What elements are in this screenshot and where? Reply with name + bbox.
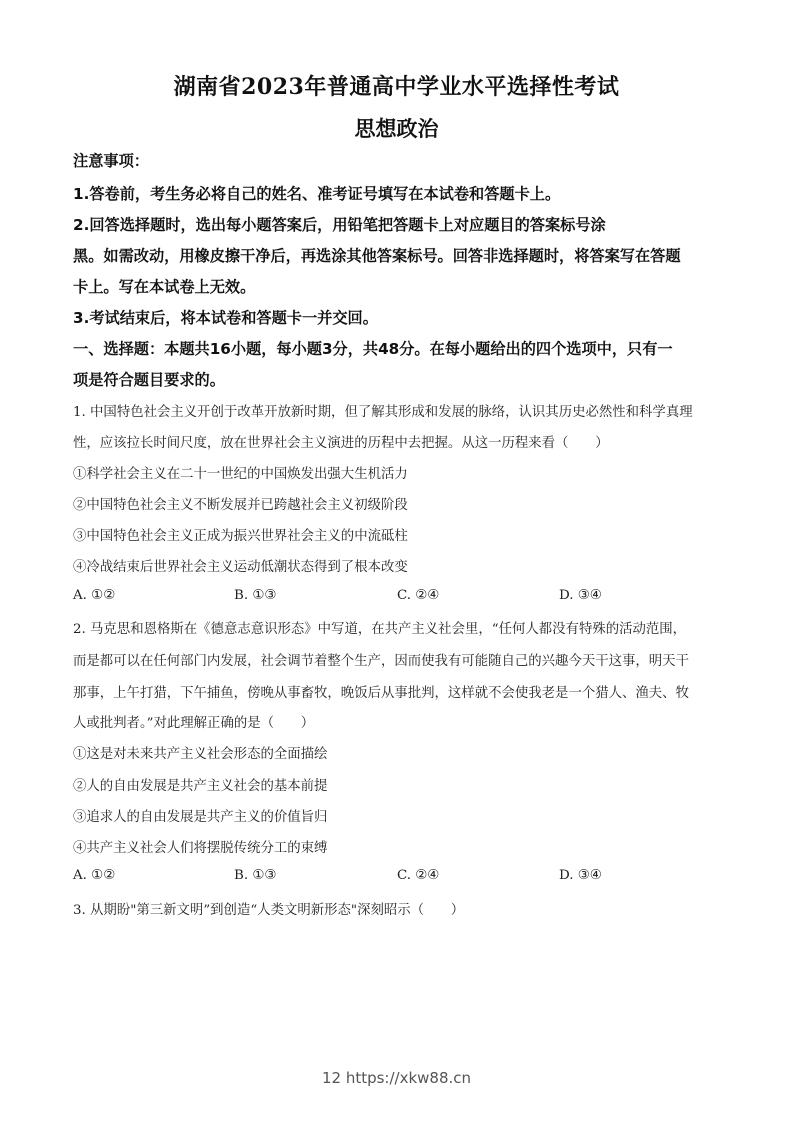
notice-heading: 注意事项： [73, 150, 149, 171]
question-1-statement: ①科学社会主义在二十一世纪的中国焕发出强大生机活力 [73, 463, 408, 482]
question-3-stem: 3. 从期盼"第三新文明”到创造“人类文明新形态"深刻昭示（ ） [73, 899, 464, 918]
section-heading: 项是符合题目要求的。 [73, 369, 225, 390]
question-2-stem: 那事，上午打猎，下午捕鱼，傍晚从事畜牧，晚饭后从事批判，这样就不会使我老是一个猎… [73, 682, 689, 701]
question-1-statement: ②中国特色社会主义不断发展并已跨越社会主义初级阶段 [73, 494, 408, 513]
subject-title: 思想政治 [0, 113, 793, 143]
question-1-stem: 性，应该拉长时间尺度，放在世界社会主义演进的历程中去把握。从这一历程来看（ ） [73, 432, 609, 451]
question-1-stem: 1. 中国特色社会主义开创于改革开放新时期，但了解其形成和发展的脉络，认识其历史… [73, 401, 693, 420]
question-2-statement: ④共产主义社会人们将摆脱传统分工的束缚 [73, 837, 327, 856]
question-2-stem: 2. 马克思和恩格斯在《德意志意识形态》中写道，在共产主义社会里，“任何人都没有… [73, 618, 686, 637]
exam-page: 湖南省2023年普通高中学业水平选择性考试 思想政治 注意事项： 1.答卷前，考… [0, 0, 793, 1122]
question-2-option-b: B. ①③ [234, 868, 276, 883]
notice-line: 2.回答选择题时，选出每小题答案后，用铅笔把答题卡上对应题目的答案标号涂 [73, 214, 606, 235]
question-2-option-d: D. ③④ [559, 868, 602, 883]
question-1-statement: ④冷战结束后世界社会主义运动低潮状态得到了根本改变 [73, 556, 408, 575]
notice-line: 卡上。写在本试卷上无效。 [73, 276, 255, 297]
question-2-statement: ③追求人的自由发展是共产主义的价值旨归 [73, 806, 327, 825]
question-2-option-a: A. ①② [73, 868, 115, 883]
question-2-statement: ①这是对未来共产主义社会形态的全面描绘 [73, 743, 327, 762]
exam-title: 湖南省2023年普通高中学业水平选择性考试 [0, 70, 793, 101]
question-2-stem: 而是都可以在任何部门内发展，社会调节着整个生产，因而使我有可能随自己的兴趣今天干… [73, 650, 689, 669]
question-1-option-d: D. ③④ [559, 588, 602, 603]
section-heading: 一、选择题：本题共16小题，每小题3分，共48分。在每小题给出的四个选项中，只有… [73, 338, 673, 359]
page-footer: 12 https://xkw88.cn [0, 1069, 793, 1087]
question-2-stem: 人或批判者。”对此理解正确的是（ ） [73, 712, 314, 731]
notice-line: 1.答卷前，考生务必将自己的姓名、准考证号填写在本试卷和答题卡上。 [73, 183, 560, 204]
question-2-option-c: C. ②④ [397, 868, 439, 883]
question-1-option-c: C. ②④ [397, 588, 439, 603]
notice-line: 3.考试结束后，将本试卷和答题卡一并交回。 [73, 307, 378, 328]
notice-line: 黑。如需改动，用橡皮擦干净后，再选涂其他答案标号。回答非选择题时，将答案写在答题 [73, 245, 681, 266]
question-2-statement: ②人的自由发展是共产主义社会的基本前提 [73, 775, 327, 794]
question-1-statement: ③中国特色社会主义正成为振兴世界社会主义的中流砥柱 [73, 525, 408, 544]
question-1-option-b: B. ①③ [234, 588, 276, 603]
question-1-option-a: A. ①② [73, 588, 115, 603]
